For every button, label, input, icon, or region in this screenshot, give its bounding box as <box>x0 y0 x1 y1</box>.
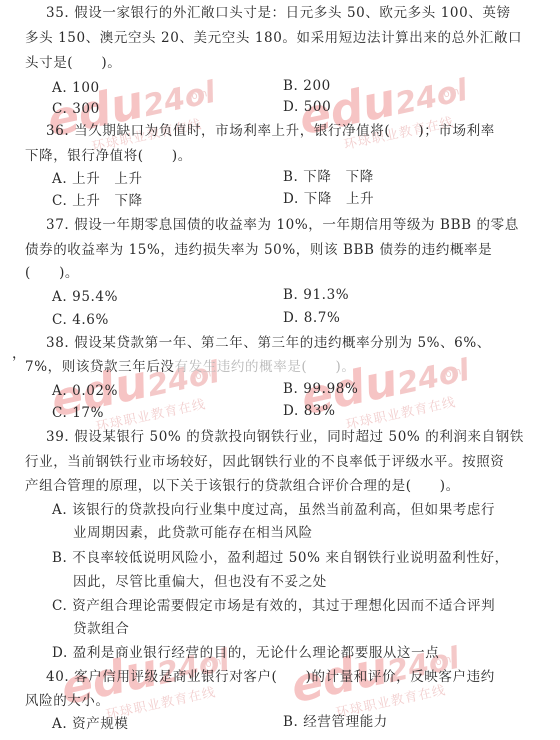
question-36-text: 下降，银行净值将( )。 <box>25 147 192 165</box>
question-38-option-d[interactable]: D. 83% <box>283 402 336 420</box>
question-35-text: 头寸是( )。 <box>25 54 121 72</box>
question-37-text: 37. 假设一年期零息国债的收益率为 10%，一年期信用等级为 BBB 的零息 <box>46 216 519 234</box>
question-39-option-d[interactable]: D. 盈利是商业银行经营的目的，无论什么理论都要服从这一点 <box>52 644 439 662</box>
question-38-text: 7%，则该贷款三年后没有发生违约的概率是( )。 <box>25 358 355 376</box>
question-39-option-a[interactable]: A. 该银行的贷款投向行业集中度过高，虽然当前盈利高，但如果考虑行 <box>52 501 495 519</box>
question-35-text: 多头 150、澳元空头 20、美元空头 180。如采用短边法计算出来的总外汇敞口 <box>25 29 522 47</box>
question-35-option-b[interactable]: B. 200 <box>283 77 331 95</box>
question-38-option-c[interactable]: C. 17% <box>52 404 104 422</box>
question-36-option-b[interactable]: B. 下降 下降 <box>283 168 374 186</box>
question-35-option-c[interactable]: C. 300 <box>52 100 100 118</box>
question-39-option-c[interactable]: 贷款组合 <box>73 620 129 638</box>
question-37-option-a[interactable]: A. 95.4% <box>52 288 118 306</box>
question-38-option-a[interactable]: A. 0.02% <box>52 382 118 400</box>
question-36-option-c[interactable]: C. 上升 下降 <box>52 192 143 210</box>
question-36-option-d[interactable]: D. 下降 上升 <box>283 190 374 208</box>
question-35-option-a[interactable]: A. 100 <box>52 79 100 97</box>
question-36-option-a[interactable]: A. 上升 上升 <box>52 170 143 188</box>
question-39-text: 39. 假设某银行 50% 的贷款投向钢铁行业，同时超过 50% 的利润来自钢铁 <box>46 428 524 446</box>
question-40-option-a[interactable]: A. 资产规模 <box>52 715 129 733</box>
question-39-option-a[interactable]: 业周期因素，此贷款可能存在相当风险 <box>73 524 313 542</box>
question-38-option-b[interactable]: B. 99.98% <box>283 380 358 398</box>
question-40-option-b[interactable]: B. 经营管理能力 <box>283 713 388 731</box>
question-35-option-d[interactable]: D. 500 <box>283 98 331 116</box>
question-37-text: 债券的收益率为 15%，违约损失率为 50%，则该 BBB 债券的违约概率是 <box>25 241 492 259</box>
exam-page: edu24ol com 环球职业教育在线 edu24ol com 环球职业教育在… <box>0 0 560 740</box>
question-38-text: 38. 假设某贷款第一年、第二年、第三年的违约概率分别为 5%、6%、 <box>46 334 491 352</box>
question-36-text: 36. 当久期缺口为负值时，市场利率上升，银行净值将( )；市场利率 <box>46 122 495 140</box>
margin-mark: ， <box>12 343 26 363</box>
question-40-text: 40. 客户信用评级是商业银行对客户( )的计量和评价，反映客户违约 <box>46 668 495 686</box>
question-37-text: ( )。 <box>25 264 79 282</box>
question-40-text: 风险的大小。 <box>25 692 110 710</box>
question-39-option-b[interactable]: B. 不良率较低说明风险小，盈利超过 50% 来自钢铁行业说明盈利性好， <box>52 549 509 567</box>
question-39-option-b[interactable]: 因此，尽管比重偏大，但也没有不妥之处 <box>73 573 327 591</box>
question-39-text: 行业，当前钢铁行业市场较好，因此钢铁行业的不良率低于评级水平。按照资 <box>25 453 504 471</box>
question-35-text: 35. 假设一家银行的外汇敞口头寸是：日元多头 50、欧元多头 100、英镑 <box>46 4 511 22</box>
question-37-option-b[interactable]: B. 91.3% <box>283 286 349 304</box>
question-38-faded-text: 有发生违约的概率是( )。 <box>175 359 356 375</box>
question-37-option-d[interactable]: D. 8.7% <box>283 309 340 327</box>
question-37-option-c[interactable]: C. 4.6% <box>52 311 109 329</box>
question-39-option-c[interactable]: C. 资产组合理论需要假定市场是有效的，其过于理想化因而不适合评判 <box>52 597 495 615</box>
question-39-text: 产组合管理的原理，以下关于该银行的贷款组合评价合理的是( )。 <box>25 477 460 495</box>
